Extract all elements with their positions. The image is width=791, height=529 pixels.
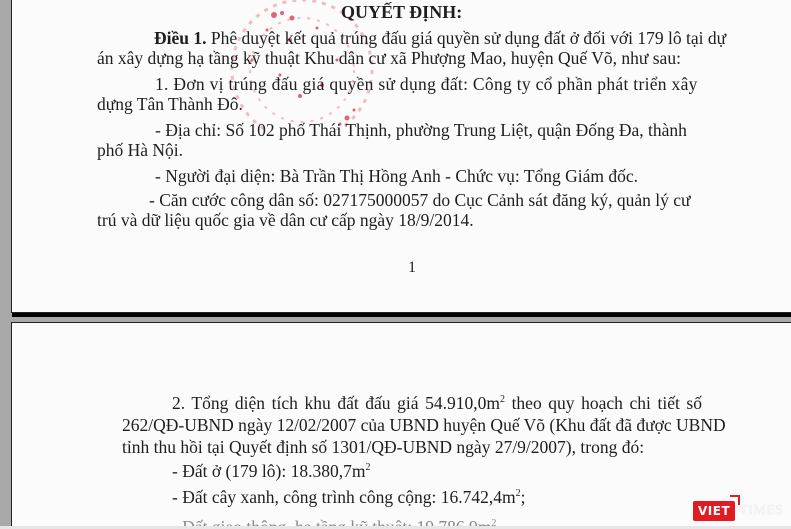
item-2-line-1: 2. Tổng diện tích khu đất đấu giá 54.910…: [172, 393, 702, 413]
total-area-text: 2. Tổng diện tích khu đất đấu giá 54.910…: [172, 393, 500, 413]
viettimes-watermark: VIET TIMES: [693, 500, 784, 522]
item-1-line-2: dựng Tân Thành Đô.: [97, 94, 243, 114]
residential-text: - Đất ở (179 lô): 18.380,7m: [172, 461, 365, 481]
residential-land-line: - Đất ở (179 lô): 18.380,7m2: [172, 461, 370, 481]
greenery-text: - Đất cây xanh, công trình công cộng: 16…: [172, 487, 516, 507]
article-1-line-1: Điều 1. Phê duyệt kết quả trúng đấu giá …: [154, 28, 724, 48]
superscript: 2: [365, 462, 370, 473]
address-line-1: - Địa chỉ: Số 102 phố Thái Thịnh, phường…: [155, 120, 687, 140]
semicolon: ;: [521, 487, 526, 507]
page-shadow: [12, 313, 791, 317]
article-label: Điều 1.: [154, 28, 207, 48]
viettimes-logo-icon: VIET: [693, 501, 735, 521]
document-page-1: QUYẾT ĐỊNH: Điều 1. Phê duyệt kết quả tr…: [11, 0, 791, 313]
citizen-id-line-2: trú và dữ liệu quốc gia về dân cư cấp ng…: [97, 210, 474, 230]
article-1-line-2: án xây dựng hạ tầng kỹ thuật Khu dân cư …: [97, 48, 681, 68]
citizen-id-line-1: - Căn cước công dân số: 027175000057 do …: [149, 190, 690, 210]
item-2-line-3: tỉnh thu hồi tại Quyết định số 1301/QĐ-U…: [122, 437, 644, 457]
article-text: Phê duyệt kết quả trúng đấu giá quyền sử…: [207, 28, 727, 48]
document-page-2: 2. Tổng diện tích khu đất đấu giá 54.910…: [11, 322, 791, 529]
plan-text: theo quy hoạch chi tiết số: [505, 393, 702, 413]
representative-line: - Người đại diện: Bà Trần Thị Hồng Anh -…: [155, 166, 638, 186]
decision-heading: QUYẾT ĐỊNH:: [341, 2, 462, 22]
greenery-land-line: - Đất cây xanh, công trình công cộng: 16…: [172, 487, 525, 507]
address-line-2: phố Hà Nội.: [97, 140, 183, 160]
watermark-text: TIMES: [739, 503, 784, 519]
item-1-line-1: 1. Đơn vị trúng đấu giá quyền sử dụng đấ…: [155, 74, 698, 94]
page-number: 1: [408, 259, 416, 277]
item-2-line-2: 262/QĐ-UBND ngày 12/02/2007 của UBND huy…: [122, 415, 726, 435]
